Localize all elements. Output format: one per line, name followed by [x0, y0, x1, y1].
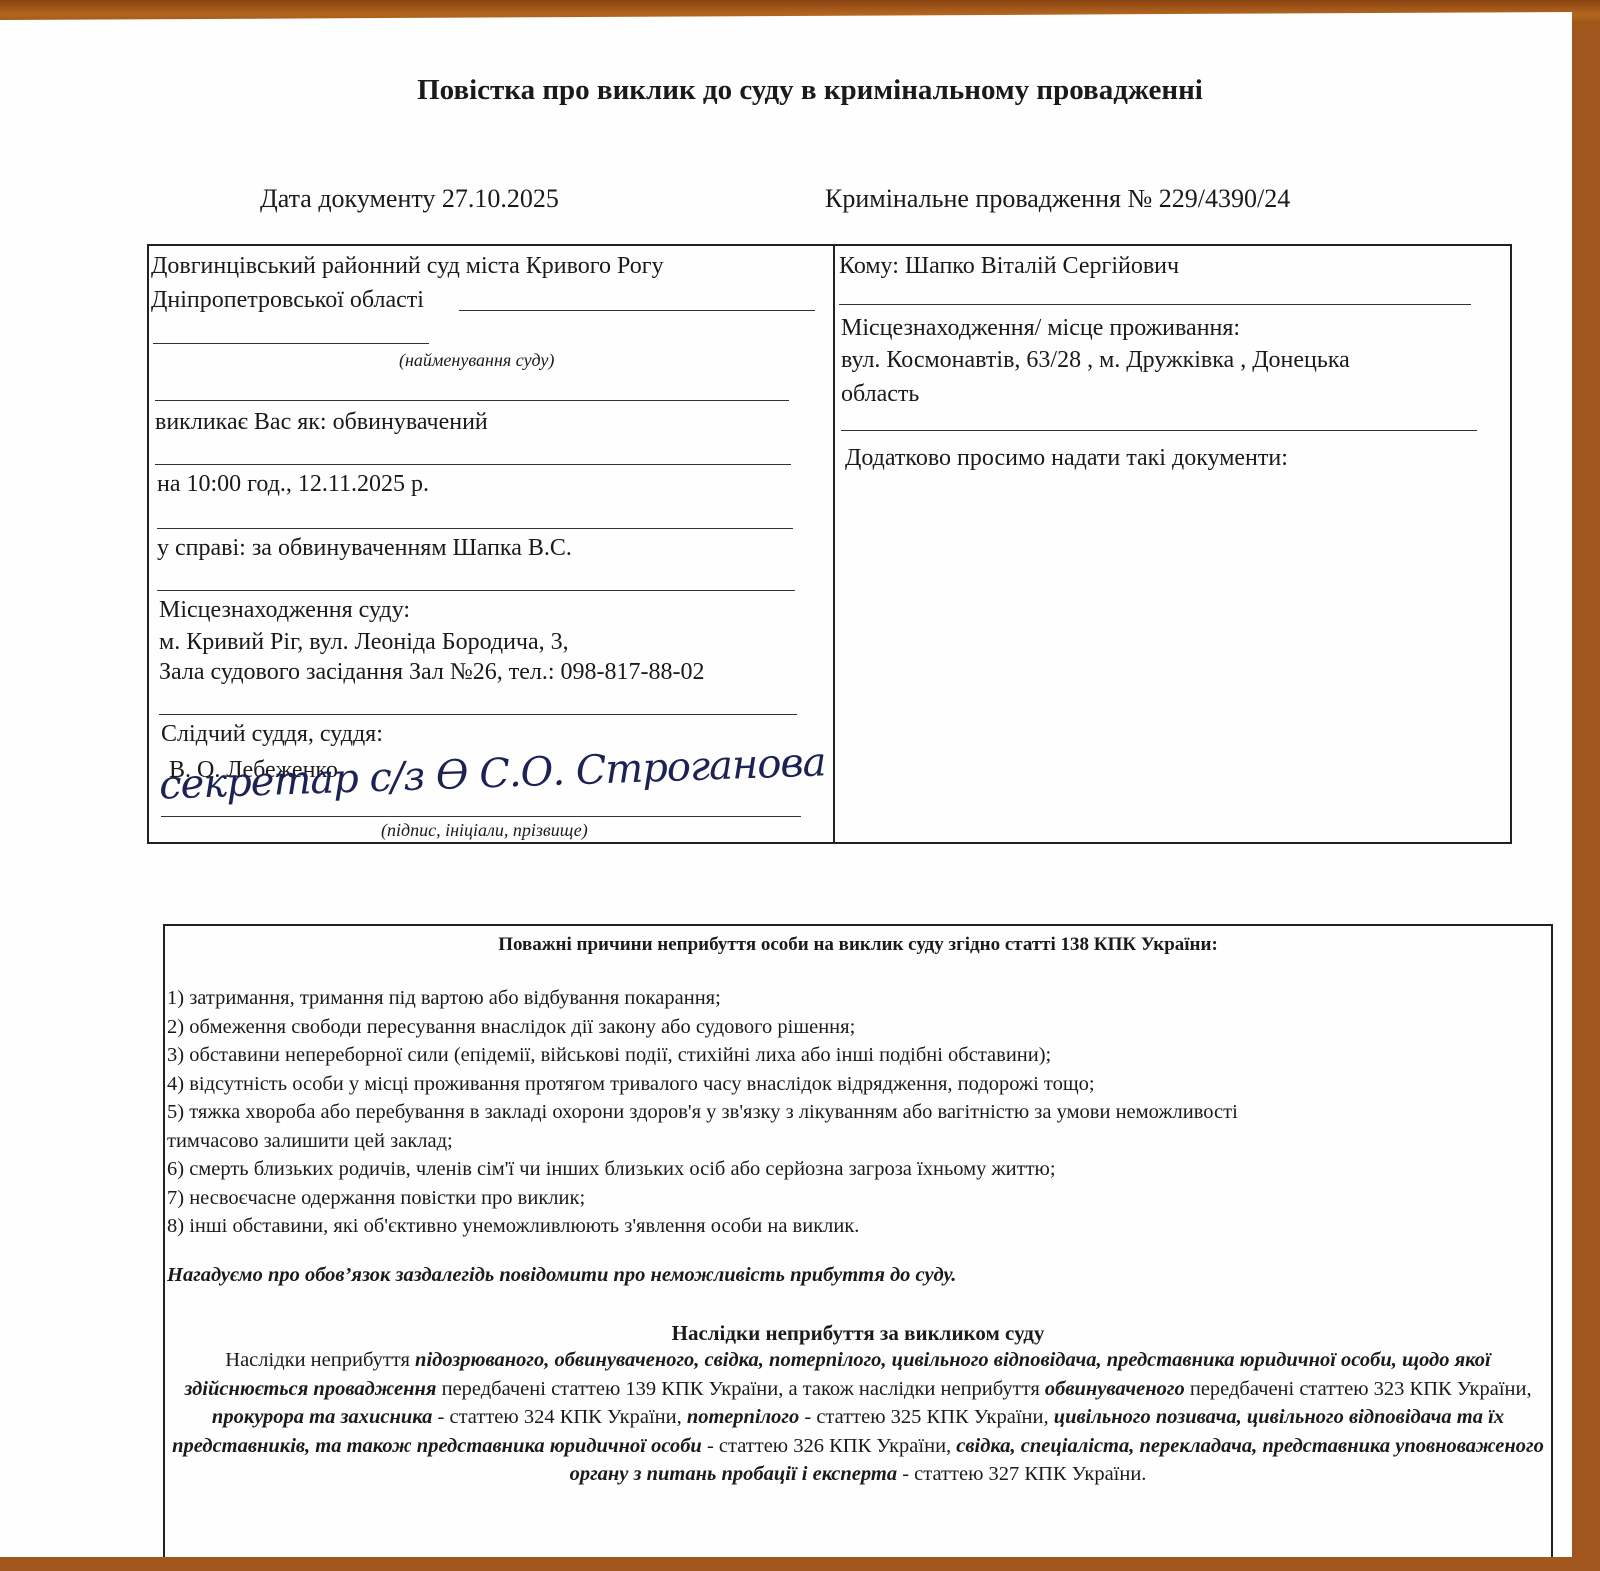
court-location-label: Місцезнаходження суду:: [159, 594, 410, 627]
reason-item: 6) смерть близьких родичів, членів сім'ї…: [167, 1155, 1238, 1184]
absence-reasons-box: Поважні причини неприбуття особи на викл…: [163, 924, 1553, 1564]
summons-paper: Повістка про виклик до суду в кримінальн…: [0, 12, 1572, 1557]
reasons-title: Поважні причини неприбуття особи на викл…: [165, 934, 1551, 956]
reasons-list: 1) затримання, тримання під вартою або в…: [167, 984, 1238, 1241]
reason-item: 3) обставини непереборної сили (епідемії…: [167, 1041, 1238, 1070]
separator-rule: [841, 430, 1477, 431]
signature-caption: (підпис, ініціали, прізвище): [381, 820, 588, 841]
recipient-name: Кому: Шапко Віталій Сергійович: [839, 250, 1179, 283]
signature-rule: [161, 816, 801, 817]
consequences-text-part: передбачені статтею 323 КПК України,: [1185, 1378, 1532, 1400]
consequences-emphasis: прокурора та захисника: [212, 1406, 432, 1428]
consequences-emphasis: обвинуваченого: [1045, 1378, 1185, 1400]
hearing-time: на 10:00 год., 12.11.2025 р.: [157, 468, 429, 501]
column-divider: [833, 246, 835, 842]
reason-item: 4) відсутність особи у місці проживання …: [167, 1070, 1238, 1099]
consequences-text: Наслідки неприбуття підозрюваного, обвин…: [165, 1346, 1551, 1489]
documents-request: Додатково просимо надати такі документи:: [845, 442, 1288, 475]
document-date: Дата документу 27.10.2025: [260, 184, 559, 214]
court-name-caption: (найменування суду): [399, 350, 554, 371]
residence-address-line2: область: [841, 378, 919, 411]
reason-item: 2) обмеження свободи пересування внаслід…: [167, 1013, 1238, 1042]
consequences-text-part: - статтею 327 КПК України.: [897, 1463, 1146, 1485]
separator-rule: [155, 400, 789, 401]
separator-rule: [157, 528, 793, 529]
separator-rule: [159, 714, 797, 715]
separator-rule: [157, 590, 795, 591]
reason-item: тимчасово залишити цей заклад;: [167, 1127, 1238, 1156]
court-name-underline: [459, 310, 815, 311]
consequences-text-part: - статтею 324 КПК України,: [432, 1406, 686, 1428]
case-matter: у справі: за обвинуваченням Шапка В.С.: [157, 532, 572, 565]
court-address: м. Кривий Ріг, вул. Леоніда Бородича, 3,: [159, 626, 569, 659]
notification-reminder: Нагадуємо про обов’язок заздалегідь пові…: [167, 1264, 956, 1287]
court-name-underline-2: [153, 343, 429, 344]
residence-label: Місцезнаходження/ місце проживання:: [841, 312, 1240, 345]
separator-rule: [839, 304, 1471, 305]
reason-item: 8) інші обставини, які об'єктивно унемож…: [167, 1212, 1238, 1241]
court-name-line2: Дніпропетровської області: [151, 284, 424, 317]
court-room: Зала судового засідання Зал №26, тел.: 0…: [159, 656, 705, 689]
reason-item: 7) несвоєчасне одержання повістки про ви…: [167, 1184, 1238, 1213]
judge-label: Слідчий суддя, суддя:: [161, 718, 383, 751]
residence-address-line1: вул. Космонавтів, 63/28 , м. Дружківка ,…: [841, 344, 1350, 377]
case-number: Кримінальне провадження № 229/4390/24: [825, 184, 1290, 214]
summons-table: Довгинцівський районний суд міста Кривог…: [147, 244, 1512, 844]
consequences-title: Наслідки неприбуття за викликом суду: [165, 1321, 1551, 1346]
consequences-text-part: Наслідки неприбуття: [225, 1349, 415, 1371]
consequences-text-part: - статтею 326 КПК України,: [702, 1435, 956, 1457]
reason-item: 5) тяжка хвороба або перебування в закла…: [167, 1098, 1238, 1127]
reason-item: 1) затримання, тримання під вартою або в…: [167, 984, 1238, 1013]
court-name-line1: Довгинцівський районний суд міста Кривог…: [151, 250, 664, 283]
summons-role: викликає Вас як: обвинувачений: [155, 406, 488, 439]
document-title: Повістка про виклик до суду в кримінальн…: [0, 74, 1600, 107]
consequences-text-part: передбачені статтею 139 КПК України, а т…: [436, 1378, 1044, 1400]
consequences-emphasis: потерпілого: [687, 1406, 799, 1428]
separator-rule: [155, 464, 791, 465]
consequences-text-part: - статтею 325 КПК України,: [799, 1406, 1053, 1428]
